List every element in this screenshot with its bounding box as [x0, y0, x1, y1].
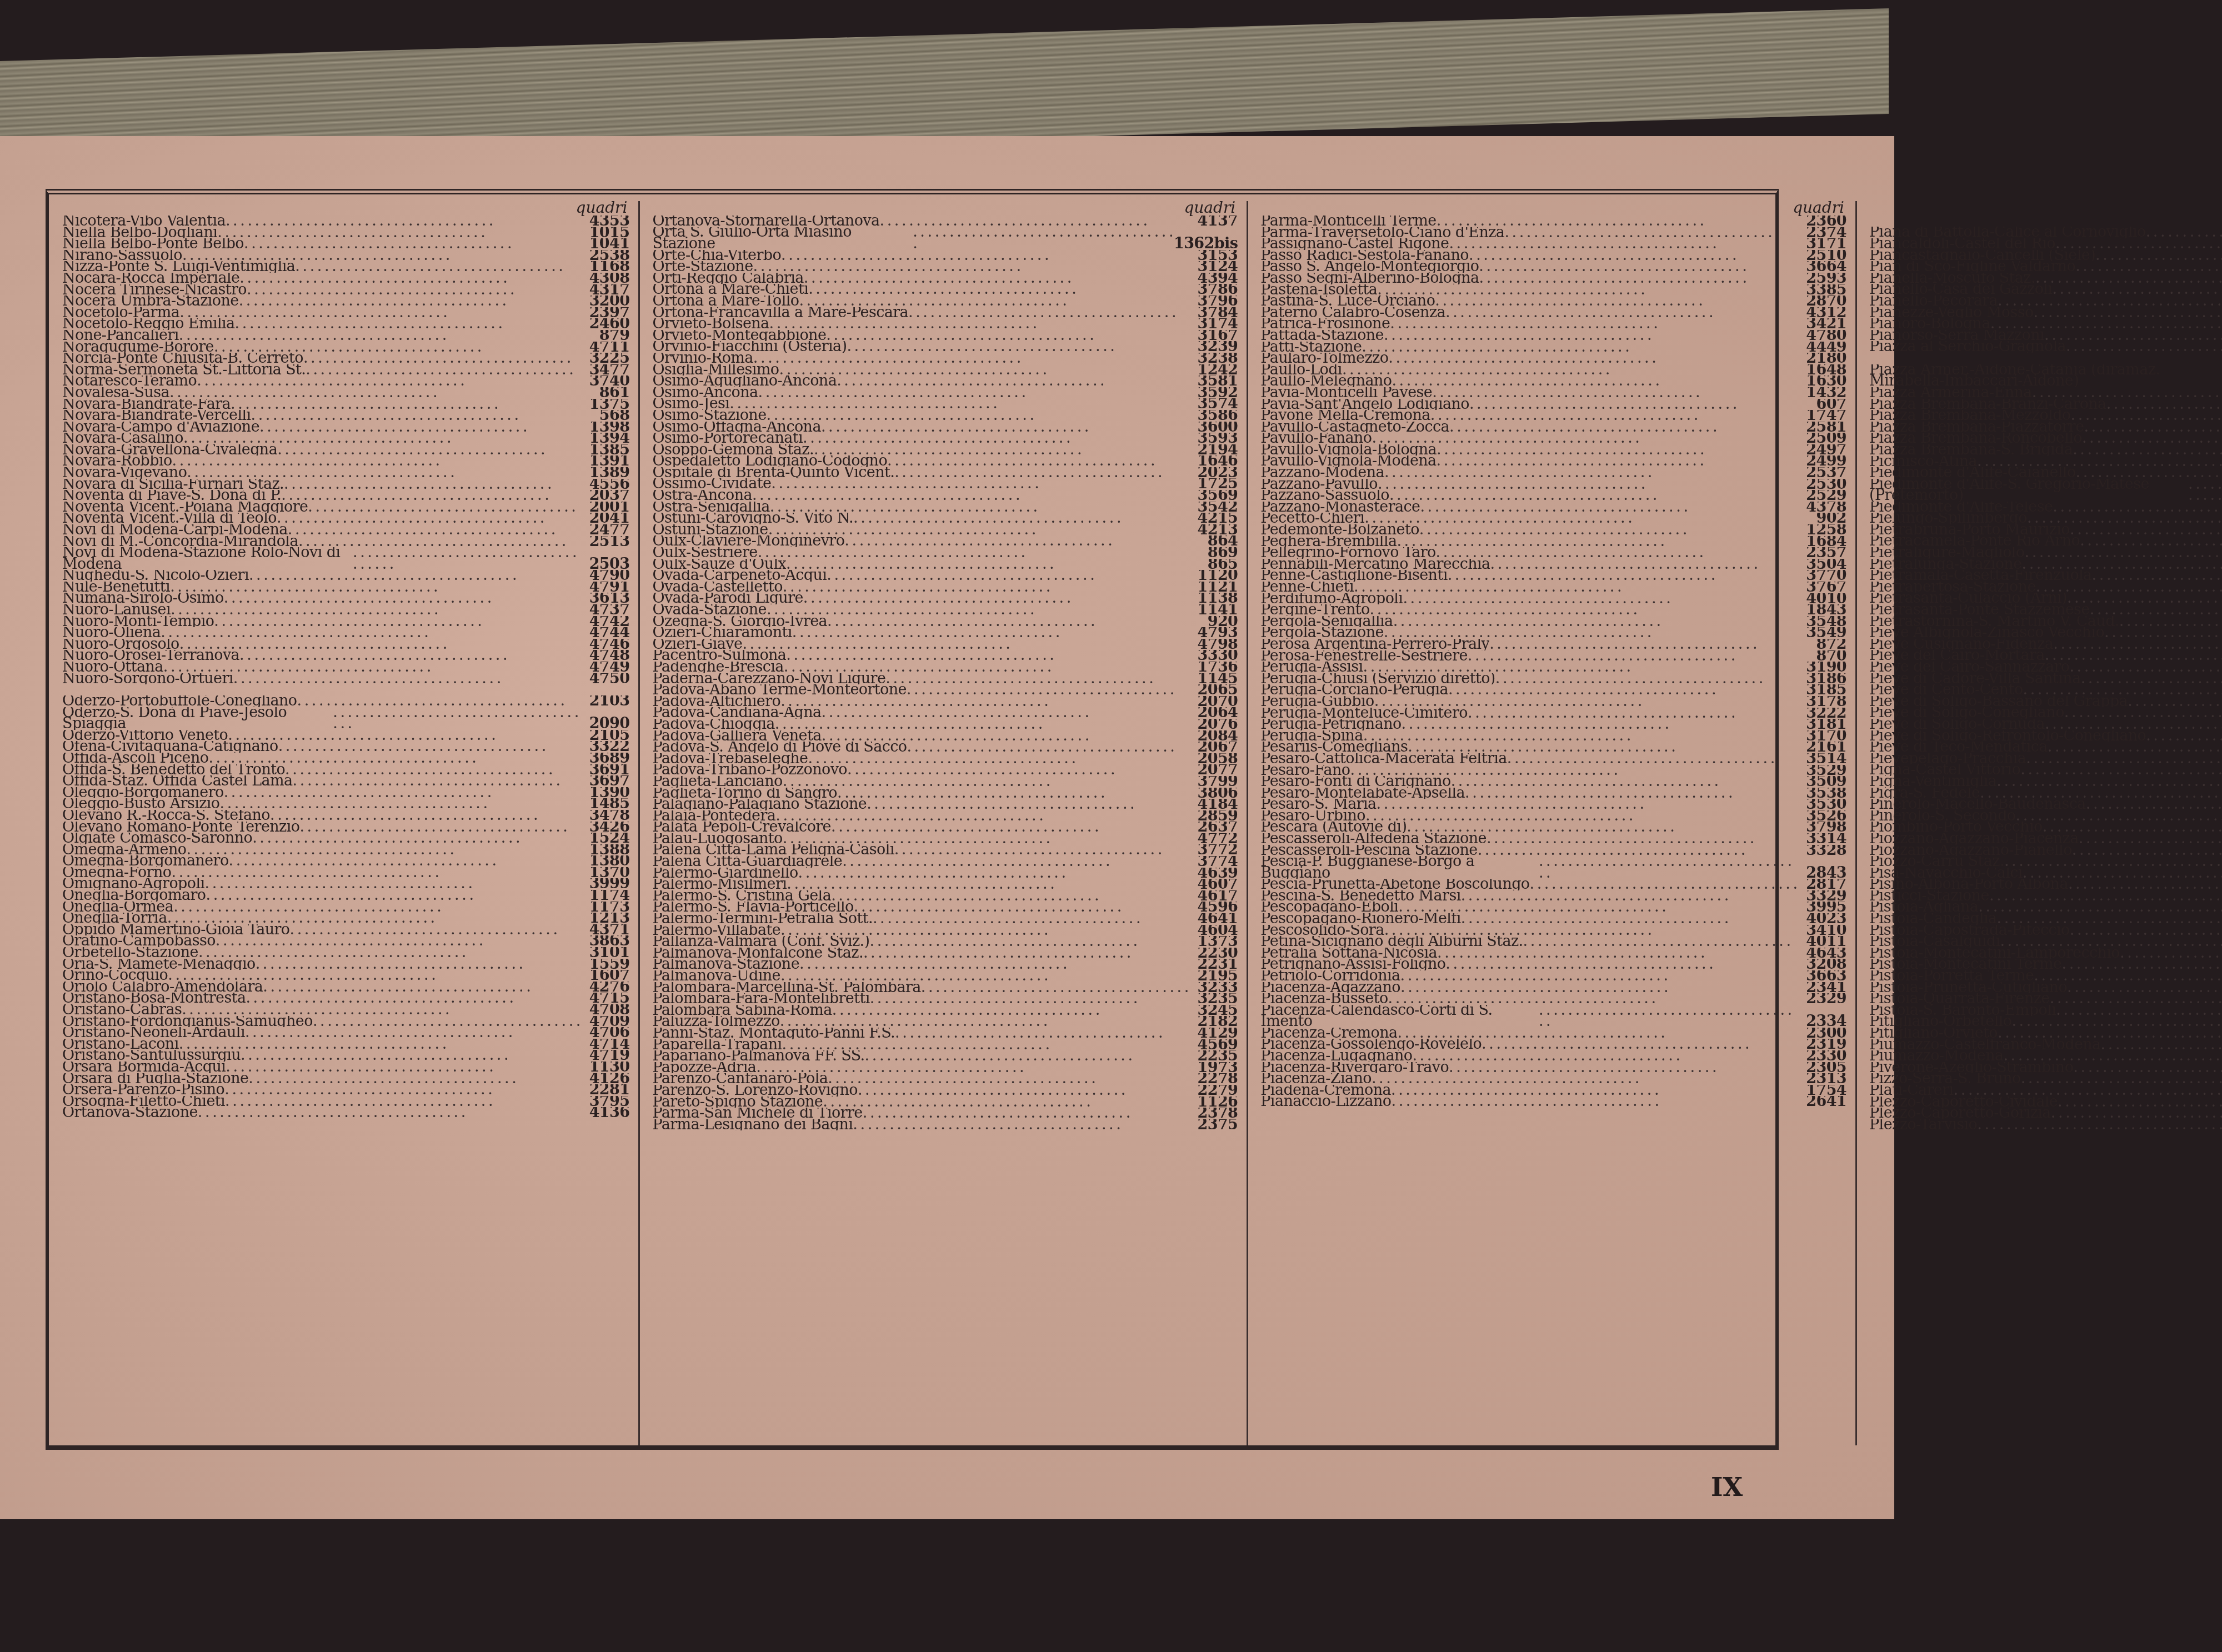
entry-route-name: Palombara Sabina-Roma [652, 1005, 832, 1017]
dot-leader [281, 490, 579, 502]
entry-route-name: Pattada-Stazione [1260, 330, 1384, 342]
entry-route-name: Ovada-Carpeneto-Acqui [652, 570, 827, 582]
dot-leader [1398, 902, 1796, 913]
entry-route-name: Omegna-Borgomanero [62, 855, 229, 867]
dot-leader [2032, 387, 2222, 399]
dot-leader [783, 833, 1188, 845]
entry-route-name: Novara-Robbio [62, 455, 172, 467]
index-entry: Perdifumo-Agropoli4010 [1260, 593, 1846, 605]
index-entry: Piozzano-Agazzano-Pianello2328 [1869, 845, 2222, 857]
dot-leader [1479, 273, 1796, 284]
index-entry: Piozzano-Agazzano-Piacenza2342 [1869, 833, 2222, 845]
index-entry: Plezzo-Tarvisio2207 [1869, 1119, 2222, 1131]
entry-route-name: Pastena-Isoletta [1260, 284, 1377, 296]
entry-route-name: Pietralunga-Stazione [1869, 559, 2021, 570]
entry-route-name: Niella Belbo-Dogliani [62, 227, 217, 239]
dot-leader [1400, 982, 1796, 994]
entry-route-name: Piana di Battolla-Calice al Cornoviglio [1869, 227, 2146, 238]
entry-route-name: Parma-Traversetolo-Ciano d'Enza [1260, 227, 1504, 239]
index-entry: Pianezze-Veglio Mosso971 [1869, 307, 2222, 319]
entry-quadro-number: 2360 [1796, 216, 1846, 227]
entry-route-name: Perugia-Monteluce-Cimitero [1260, 708, 1468, 719]
entry-route-name: Nuoro-Orgosolo [62, 639, 179, 650]
entry-route-name: Ospitale di Brenta-Quinto Vicent. [652, 467, 894, 479]
index-entry: Orta S. Giulio-Orta Miasino Stazione1362… [652, 227, 1238, 250]
index-entry: Oristano-Fordongianus-Samugheo4709 [62, 1016, 629, 1028]
entry-route-name: Pistoia-Montecatini Terme [1869, 959, 2061, 970]
index-column-2: quadri Ortanova-Stornarella-Ortanova4137… [640, 201, 1248, 1445]
entry-route-name: Pesaro-Urbino [1260, 810, 1365, 822]
entry-quadro-number: 2357 [1796, 547, 1846, 559]
entry-quadro-number: 4706 [579, 1027, 629, 1039]
entry-route-name: Ovada-Castelletto [652, 582, 782, 593]
index-entry: Ostra-Ancona3569 [652, 490, 1238, 502]
entry-route-name: Piombino-Porto Vecchio [1869, 822, 2043, 833]
index-entry: Ospedaletto Lodigiano-Codogno1646 [652, 455, 1238, 467]
entry-route-name: Pedemonte-Bolzaneto [1260, 524, 1419, 536]
dot-leader [1445, 959, 1796, 970]
dot-leader [1407, 822, 1796, 833]
entry-route-name: Novara-Biandrate-Fara [62, 399, 231, 411]
entry-route-name: Panni-Staz. Montaguto-Panni F.S. [652, 1028, 895, 1039]
entry-route-name: Noventa di Piave-S. Donà di P. [62, 490, 281, 502]
dot-leader [2034, 970, 2222, 982]
index-entry: Pigra-S. Fedele1550 [1869, 788, 2222, 799]
entry-route-name: Paullo-Melegnano [1260, 376, 1392, 387]
entry-route-name: Pietracamela-Ponte Rio Arno [1869, 535, 2080, 547]
entry-route-name: Plezzo-Tarvisio [1869, 1119, 1977, 1131]
index-entry: Nuoro-Monti-Tempio4742 [62, 616, 629, 628]
index-entry: Pieve di Soligo-Conegliano2109 [1869, 707, 2222, 719]
index-entry: Noragugume-Borore4711 [62, 342, 629, 353]
entry-quadro-number: 4378 [1796, 502, 1846, 513]
dot-leader [1978, 902, 2222, 913]
index-entry: Nocara-Rocca Imperiale4308 [62, 273, 629, 284]
entry-quadro-number: 1684 [1796, 536, 1846, 548]
index-entry: Orsara di Puglia-Stazione4126 [62, 1073, 629, 1085]
index-entry: Pavullo-Vignola-Modena2499 [1260, 455, 1846, 467]
entry-route-name: Padova-Tribano-Pozzonovo [652, 764, 847, 776]
index-entry: Piacenza-Busseto2329 [1260, 993, 1846, 1005]
dot-leader [277, 444, 579, 456]
index-entry: Pergola-Stazione3549 [1260, 627, 1846, 639]
dot-leader [179, 639, 580, 650]
dot-leader [2003, 1050, 2222, 1062]
entry-route-name: Piedimonte d'Alife-Caianello [1869, 467, 2076, 479]
entry-quadro-number: 2103 [579, 695, 629, 707]
dot-leader [1372, 433, 1796, 444]
dot-leader [2052, 284, 2222, 296]
entry-route-name: Oulx-Sauze d'Oulx [652, 559, 786, 570]
entry-route-name: Oriolo Calabro-Amendolara [62, 982, 263, 993]
entry-route-name: Piacenza-Agazzano [1260, 982, 1400, 994]
dot-leader [2004, 856, 2222, 868]
dot-leader [1504, 227, 1796, 239]
index-entry: Nuoro-Orgosolo4746 [62, 639, 629, 650]
entry-route-name: Pietrabruna-Porto Maurizio [1869, 524, 2070, 536]
entry-route-name: Ortona a Mare-Chieti [652, 284, 808, 296]
index-entry: Osimo-Ancona3592 [652, 387, 1238, 399]
entry-route-name: Penne-Chieti [1260, 582, 1354, 593]
dot-leader [161, 627, 579, 639]
entry-quadro-number: 3799 [1188, 776, 1238, 788]
dot-leader [1478, 845, 1796, 857]
index-entry: Oratino-Campobasso3863 [62, 935, 629, 947]
entry-route-name: Numana-Sirolo-Osimo [62, 593, 224, 604]
dot-leader [1378, 479, 1796, 490]
index-entry: Pitigliano-Orbetello3090 [1869, 1016, 2222, 1028]
entry-quadro-number: 3504 [1796, 559, 1846, 570]
index-entry: Piedimonte d'Alife-Telese3889 [1869, 502, 2222, 513]
entry-route-name: Passignano-Castel Rigone [1260, 238, 1449, 250]
index-entry: Parma-Lesignano dei Bagni2375 [652, 1119, 1238, 1131]
index-entry: Oderzo-S. Donà di Piave-Jesolo Spiaggia2… [62, 707, 629, 730]
dot-leader [1363, 730, 1796, 742]
index-entry: Paderna-Carezzano-Novi Ligure1145 [652, 673, 1238, 685]
entry-route-name: Pazzano-Modena [1260, 467, 1384, 479]
entry-quadro-number: 3314 [1796, 833, 1846, 845]
index-entry: Pavone Mella-Cremona1747 [1260, 410, 1846, 422]
entry-quadro-number: 1646 [1188, 455, 1238, 467]
dot-leader [198, 1107, 580, 1119]
entry-quadro-number: 4791 [579, 582, 629, 593]
dot-leader [822, 730, 1188, 742]
entry-route-name: Oleggio-Busto Arsizio [62, 798, 220, 810]
entry-quadro-number: 3235 [1188, 993, 1238, 1005]
index-entry: Ortanova-Stornarella-Ortanova4137 [652, 216, 1238, 227]
entry-route-name: Padova-Candiana-Agna [652, 707, 821, 719]
entry-route-name: Novara di Sicilia-Furnari Staz. [62, 479, 284, 490]
entry-route-name: Offida-Staz. Offida Castel Lama [62, 775, 293, 787]
entry-route-name: Orvieto-Montegabbione [652, 330, 826, 342]
dot-leader [2011, 1016, 2222, 1028]
dot-leader [729, 398, 1188, 410]
entry-route-name: Nocara-Rocca Imperiale [62, 273, 239, 284]
entry-quadro-number: 4749 [579, 662, 629, 673]
index-entry: Orvinio-Roma3238 [652, 353, 1238, 364]
dot-leader [182, 1004, 579, 1016]
dot-leader [742, 639, 1188, 650]
index-entry: Pianorso-Serra Mazzoni2520 [1869, 330, 2222, 342]
dot-leader [226, 216, 579, 227]
entry-route-name: Piacenza-Busseto [1260, 993, 1388, 1005]
entry-route-name: Offida-Ascoli Piceno [62, 753, 208, 764]
dot-leader [1523, 936, 1796, 948]
dot-leader [183, 433, 579, 444]
dot-leader [2076, 467, 2222, 479]
entry-quadro-number: 2329 [1796, 993, 1846, 1005]
entry-quadro-number: 3569 [1188, 490, 1238, 502]
dot-leader [803, 433, 1188, 444]
entry-quadro-number: 1390 [579, 787, 629, 799]
index-entry: Nicotera-Vibo Valentia4353 [62, 216, 629, 227]
entry-quadro-number: 1173 [579, 902, 629, 913]
entry-route-name: Pietrasanta-Ponte Stazzemese [1869, 604, 2090, 616]
entry-route-name: Pieve di Cadore-Villa Santina [1869, 673, 2081, 685]
index-entry: Oulx-Claviere-Monginevro864 [652, 535, 1238, 547]
dot-leader [822, 707, 1188, 719]
entry-route-name: Oristano-Santulussurgiu [62, 1050, 241, 1062]
entry-route-name: Nughedu-S. Nicolò-Ozieri [62, 570, 249, 582]
entry-route-name: Pescia-P. Buggianese-Borgo a Buggiano [1260, 856, 1539, 879]
entry-quadro-number: 4746 [579, 639, 629, 650]
entry-list: Piana di Battolla-Calice al Cornoviglio1… [1869, 216, 2222, 1130]
index-entry: Pistoia-Porretta Terme2818 [1869, 970, 2222, 982]
entry-quadro-number: 3542 [1188, 502, 1238, 513]
index-entry: Osimo-Jesi3574 [652, 398, 1238, 410]
entry-quadro-number: 4742 [579, 616, 629, 628]
entry-route-name: Ostuni-Carovigno-S. Vito N. [652, 513, 853, 524]
dot-leader [228, 730, 579, 742]
entry-quadro-number: 1258 [1796, 524, 1846, 536]
index-entry: Osimo-Stazione3586 [652, 410, 1238, 422]
dot-leader [865, 1050, 1188, 1062]
dot-leader [270, 810, 579, 822]
index-entry: Papozze-Adria1973 [652, 1062, 1238, 1074]
dot-leader [179, 1039, 580, 1050]
dot-leader [1419, 524, 1796, 536]
entry-route-name: Novara-Campo d'Aviazione [62, 422, 259, 433]
index-entry: Palermo-Termini-Petralia Sott.4641 [652, 913, 1238, 925]
entry-route-name: Palermo-S. Flavia-Porticello [652, 902, 853, 913]
entry-route-name: Norma-Sermoneta St.-Littoria St. [62, 364, 306, 376]
dot-leader [2095, 250, 2222, 262]
dot-leader [863, 948, 1188, 959]
dot-leader [2064, 707, 2222, 719]
index-entry: Olevano R.-Rocca-S. Stefano3478 [62, 810, 629, 822]
entry-route-name: Piozzano-Agazzano-Pianello [1869, 845, 2072, 857]
entry-route-name: Olevano Romano-Ponte Terenzio [62, 822, 299, 833]
index-entry: Novalesa-Susa861 [62, 387, 629, 399]
index-entry: Passignano-Castel Rigone3171 [1260, 238, 1846, 250]
entry-quadro-number: 2477 [579, 524, 629, 536]
index-entry: Piacenza-Ziano2313 [1260, 1073, 1846, 1085]
entry-quadro-number: 920 [1188, 616, 1238, 628]
entry-quadro-number: 3664 [1796, 261, 1846, 273]
dot-leader [771, 478, 1188, 490]
index-entry: Pieve di Soligo-Bassano del Grappa2114 [1869, 696, 2222, 708]
dot-leader [808, 753, 1188, 765]
index-entry: Piazza Armer.-Aidone-Catania (diramaz. M… [1869, 353, 2222, 387]
entry-quadro-number: 2065 [1188, 684, 1238, 696]
entry-route-name: Novi di Modena-Stazione Rolo-Novi di Mod… [62, 547, 353, 570]
dot-leader [758, 547, 1188, 559]
dot-leader [827, 570, 1188, 582]
index-entry: Nocetolo-Parma2397 [62, 307, 629, 319]
index-entry: Oppido Mamertino-Gioia Tauro4371 [62, 924, 629, 936]
dot-leader [1449, 422, 1796, 433]
entry-quadro-number: 1130 [579, 1062, 629, 1073]
index-entry: Pieve di Soligo-Refrontolo-Conegliano211… [1869, 730, 2222, 742]
entry-quadro-number: 4023 [1796, 913, 1846, 925]
dot-leader [921, 982, 1188, 994]
entry-route-name: Petriolo-Corridonia [1260, 970, 1400, 982]
entry-route-name: Passo Radici-Sestola-Fanano [1260, 250, 1469, 262]
index-entry: Piacenza-Calendasco-Corti di S. Imento23… [1260, 1005, 1846, 1028]
dot-leader [333, 707, 579, 730]
entry-route-name: Pietrasanta-Culaccio (Arni) [1869, 593, 2067, 604]
entry-quadro-number: 3171 [1796, 238, 1846, 250]
index-entry: Nuoro-Lanusei4737 [62, 604, 629, 616]
entry-quadro-number: 1380 [579, 855, 629, 867]
dot-leader [2086, 799, 2222, 810]
entry-route-name: Orsogna-Filetto-Chieti [62, 1096, 225, 1108]
entry-route-name: Novi di Modena-Carpi-Modena [62, 524, 288, 536]
dot-leader [1487, 833, 1796, 845]
entry-route-name: Pareto-Spigno Stazione [652, 1097, 823, 1108]
entry-route-name: Ortona-Francavilla a Mare-Pescara [652, 307, 908, 319]
entry-route-name: Piazza al Serchio-Gragnola [1869, 341, 2066, 353]
index-entry: Padova-Galliera Veneta2084 [652, 730, 1238, 742]
entry-quadro-number: 1126 [1188, 1097, 1238, 1108]
column-header-quadri: quadri [62, 201, 629, 214]
entry-quadro-number: 4798 [1188, 639, 1238, 650]
index-entry: Pieve Albignola-Zinasco Vecchio1423 [1869, 627, 2222, 639]
index-entry: Oristano-Santulussurgiu4719 [62, 1050, 629, 1062]
dot-leader [1437, 444, 1796, 456]
dot-leader [2035, 273, 2222, 284]
entry-quadro-number: 2593 [1796, 273, 1846, 284]
entry-quadro-number: 3774 [1188, 856, 1238, 868]
entry-quadro-number: 1388 [579, 844, 629, 856]
entry-route-name: Pastina-S. Luce-Orciano [1260, 296, 1435, 307]
index-entry: Omignano-Agropoli3999 [62, 878, 629, 890]
index-entry: Piazza al Serchio-Gragnola2773 [1869, 341, 2222, 353]
entry-route-name: Pigna-Castel Vittorio [1869, 764, 2020, 776]
index-entry: Pazzano-Pavullo2530 [1260, 479, 1846, 490]
index-entry: Piombino-Porto Vecchio3042 [1869, 822, 2222, 833]
index-entry: Piacenza-Lugagnano2330 [1260, 1050, 1846, 1062]
dot-leader [1482, 1039, 1796, 1050]
dot-leader [231, 399, 579, 411]
entry-route-name: Pergola-Stazione [1260, 627, 1384, 639]
index-entry: Papariano-Palmanova FF. SS.2235 [652, 1050, 1238, 1062]
entry-route-name: Ozieri-Giave [652, 639, 742, 650]
dot-leader [1977, 456, 2222, 468]
entry-route-name: Perugia-Assisi [1260, 662, 1363, 673]
entry-route-name: Pecetto-Chieri [1260, 513, 1364, 524]
entry-quadro-number: 2530 [1796, 479, 1846, 490]
dot-leader [299, 822, 579, 833]
entry-quadro-number: 1725 [1188, 478, 1238, 490]
index-entry: Nuoro-Orosei-Terranova4748 [62, 650, 629, 662]
index-entry: Perugia-Monteluce-Cimitero3222 [1260, 708, 1846, 719]
entry-quadro-number: 3592 [1188, 387, 1238, 399]
entry-quadro-number: 3600 [1188, 422, 1238, 433]
index-entry: Pianello-Pecorara2325 [1869, 296, 2222, 307]
index-entry: Parma-Monticelli Terme2360 [1260, 216, 1846, 227]
entry-route-name: Pianoro-Bologna [1869, 318, 1990, 330]
index-entry: Ortona a Mare-Tollo3796 [652, 296, 1238, 307]
dot-leader [1388, 993, 1796, 1005]
dot-leader [2073, 1062, 2222, 1074]
index-entry: Piedimonte d'Alife-S. Gregorio-Matese (P… [1869, 479, 2222, 502]
index-entry: Pescia-Prunetta-Abetone Boscolungo2817 [1260, 879, 1846, 890]
entry-route-name: Pistoia-Quarrata-Firenze [1869, 993, 2050, 1005]
dot-leader [1390, 318, 1796, 330]
dot-leader [2075, 261, 2222, 273]
dot-leader [879, 216, 1188, 227]
entry-route-name: Plezzo-Caporetto-Gorizia [1869, 1108, 2051, 1119]
entry-route-name: Oratino-Campobasso [62, 935, 216, 947]
dot-leader [1539, 856, 1796, 879]
entry-quadro-number: 1015 [579, 227, 629, 239]
index-entry: Patrica-Frosinone3421 [1260, 318, 1846, 330]
dot-leader [781, 250, 1188, 262]
index-entry: Plezzo-Caporetto-Gorizia2206 [1869, 1108, 2222, 1119]
dot-leader [828, 1073, 1188, 1085]
index-entry: Piancastagnaio-Cancelli (Siele)3114 [1869, 250, 2222, 262]
dot-leader [179, 330, 580, 342]
entry-route-name: Nuoro-Sorgono-Ortueri [62, 673, 233, 685]
entry-route-name: Piancastagnaio-Cancelli (Siele) [1869, 250, 2095, 262]
index-entry: Pavullo-Fanano2509 [1260, 433, 1846, 444]
index-entry: Ortona-Francavilla a Mare-Pescara3784 [652, 307, 1238, 319]
index-entry: Orsara Bormida-Acqui1130 [62, 1062, 629, 1073]
entry-quadro-number: 3586 [1188, 410, 1238, 422]
entry-quadro-number: 3421 [1796, 318, 1846, 330]
dot-leader [2071, 410, 2222, 422]
entry-route-name: Piacenza-Rivergaro-Travo [1260, 1062, 1449, 1074]
entry-route-name: Pesaro-Fonti di Carignano [1260, 776, 1450, 788]
entry-route-name: Paterno Calabro-Cosenza [1260, 307, 1445, 319]
entry-route-name: Noventa Vicent.-Poiana Maggiore [62, 502, 308, 513]
entry-route-name: Pazzano-Sassuolo [1260, 490, 1389, 502]
entry-route-name: Perugia-Petrignano [1260, 719, 1401, 730]
index-entry: Pareto-Spigno Stazione1126 [652, 1097, 1238, 1108]
entry-quadro-number: 1370 [579, 867, 629, 879]
index-entry: Paullo-Lodi1648 [1260, 364, 1846, 376]
entry-quadro-number: 1385 [579, 444, 629, 456]
dot-leader [753, 261, 1188, 273]
index-entry: Oulx-Sauze d'Oulx865 [652, 559, 1238, 570]
entry-quadro-number: 2041 [579, 513, 629, 524]
index-column-4: quadri Piana di Battolla-Calice al Corno… [1857, 201, 2222, 1445]
index-entry: Passo S. Angelo-Montegiorgio3664 [1260, 261, 1846, 273]
index-entry: Pietralunga-Stazione3149 [1869, 559, 2222, 570]
entry-quadro-number: 2510 [1796, 250, 1846, 262]
entry-route-name: Oristano-Neoneli-Ardauli [62, 1027, 245, 1039]
index-entry: Oneglia-Borgomaro1174 [62, 890, 629, 902]
entry-route-name: Pescosolido-Sora [1260, 925, 1384, 937]
dot-leader [172, 455, 580, 467]
entry-route-name: Pieve Albignola-Zinasco Vecchio [1869, 627, 2104, 639]
entry-route-name: Petina-Sicignano degli Alburni Staz. [1260, 936, 1523, 948]
entry-quadro-number: 4213 [1188, 524, 1238, 536]
dot-leader [1954, 1085, 2222, 1097]
entry-quadro-number: 3426 [579, 822, 629, 833]
dot-leader [2106, 399, 2222, 411]
entry-quadro-number: 3238 [1188, 353, 1238, 364]
index-entry: Nule-Benetutti4791 [62, 582, 629, 593]
entry-quadro-number: 3663 [1796, 970, 1846, 982]
dot-leader [1449, 238, 1796, 250]
entry-route-name: Orino-Cocquio [62, 970, 168, 982]
index-entry: Passo Segni-Alberino-Bologna2593 [1260, 273, 1846, 284]
dot-leader [2128, 696, 2222, 708]
entry-route-name: Pescina-S. Benedetto Marsi [1260, 890, 1460, 902]
entry-route-name: Paderna-Carezzano-Novi Ligure [652, 673, 885, 685]
entry-route-name: Pianaccio-Lizzano [1260, 1096, 1391, 1108]
dot-leader [284, 479, 579, 490]
index-entry: Ovada-Stazione1141 [652, 604, 1238, 616]
entry-route-name: Noventa Vicent.-Villa di Teolo [62, 513, 277, 524]
entry-quadro-number: 2843 [1796, 868, 1846, 879]
dot-leader [2058, 1097, 2222, 1108]
dot-leader [803, 593, 1188, 604]
dot-leader [1451, 776, 1796, 788]
entry-route-name: Oria-S. Mamete-Menaggio [62, 959, 256, 970]
